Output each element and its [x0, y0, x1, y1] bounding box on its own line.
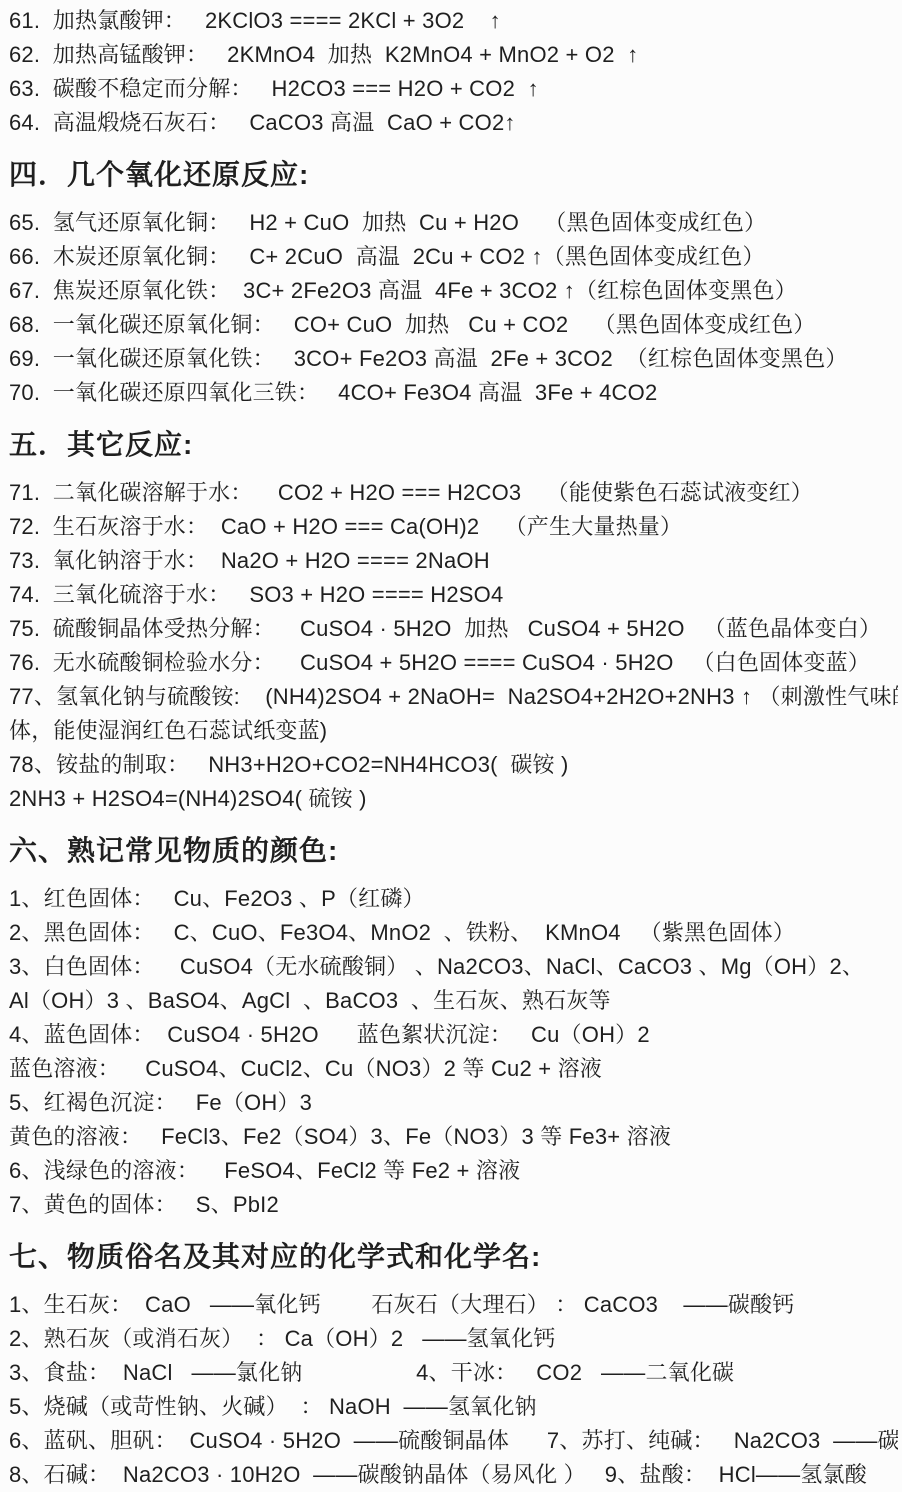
color-line-5-red-brown-precipitate: 5、红褐色沉淀： Fe（OH）3: [9, 1086, 898, 1120]
reaction-line-77: 77、氢氧化钠与硫酸铵: (NH4)2SO4 + 2NaOH= Na2SO4+2…: [9, 680, 898, 714]
reaction-line-78-continued: 2NH3 + H2SO4=(NH4)2SO4( 硫铵 ): [9, 782, 898, 816]
alias-line-6-blue-vitriol-7-soda: 6、蓝矾、胆矾： CuSO4 · 5H2O ——硫酸铜晶体 7、苏打、纯碱： N…: [9, 1424, 898, 1458]
reaction-line-65: 65. 氢气还原氧化铜： H2 + CuO 加热 Cu + H2O （黑色固体变…: [9, 206, 898, 240]
reaction-line-70: 70. 一氧化碳还原四氧化三铁： 4CO+ Fe3O4 高温 3Fe + 4CO…: [9, 376, 898, 410]
reaction-line-71: 71. 二氧化碳溶解于水： CO2 + H2O === H2CO3 （能使紫色石…: [9, 476, 898, 510]
reaction-line-66: 66. 木炭还原氧化铜： C+ 2CuO 高温 2Cu + CO2 ↑（黑色固体…: [9, 240, 898, 274]
reaction-line-76: 76. 无水硫酸铜检验水分： CuSO4 + 5H2O ==== CuSO4 ·…: [9, 646, 898, 680]
reaction-line-73: 73. 氧化钠溶于水： Na2O + H2O ==== 2NaOH: [9, 544, 898, 578]
color-line-3-white-solids-continued: Al（OH）3 、BaSO4、AgCl 、BaCO3 、生石灰、熟石灰等: [9, 984, 898, 1018]
color-line-yellow-solutions: 黄色的溶液： FeCl3、Fe2（SO4）3、Fe（NO3）3 等 Fe3+ 溶…: [9, 1120, 898, 1154]
reaction-line-69: 69. 一氧化碳还原氧化铁： 3CO+ Fe2O3 高温 2Fe + 3CO2 …: [9, 342, 898, 376]
section-heading-6-common-substance-colors: 六、熟记常见物质的颜色:: [9, 829, 898, 873]
reaction-line-68: 68. 一氧化碳还原氧化铜： CO+ CuO 加热 Cu + CO2 （黑色固体…: [9, 308, 898, 342]
reaction-line-62: 62. 加热高锰酸钾： 2KMnO4 加热 K2MnO4 + MnO2 + O2…: [9, 38, 898, 72]
reaction-line-74: 74. 三氧化硫溶于水： SO3 + H2O ==== H2SO4: [9, 578, 898, 612]
color-line-6-light-green-solutions: 6、浅绿色的溶液： FeSO4、FeCl2 等 Fe2 + 溶液: [9, 1154, 898, 1188]
reaction-line-77-continued: 体，能使湿润红色石蕊试纸变蓝): [9, 714, 898, 748]
alias-line-1-quicklime-limestone: 1、生石灰： CaO ——氧化钙 石灰石（大理石） ： CaCO3 ——碳酸钙: [9, 1288, 898, 1322]
reaction-line-63: 63. 碳酸不稳定而分解： H2CO3 === H2O + CO2 ↑: [9, 72, 898, 106]
reaction-line-78: 78、铵盐的制取： NH3+H2O+CO2=NH4HCO3( 碳铵 ): [9, 748, 898, 782]
alias-line-2-slaked-lime: 2、熟石灰（或消石灰） ： Ca（OH）2 ——氢氧化钙: [9, 1322, 898, 1356]
alias-line-8-soda-crystal-9-hydrochloric-acid: 8、石碱： Na2CO3 · 10H2O ——碳酸钠晶体（易风化 ） 9、盐酸：…: [9, 1458, 898, 1492]
document-page: 61. 加热氯酸钾： 2KClO3 ==== 2KCl + 3O2 ↑ 62. …: [0, 0, 902, 1492]
reaction-line-75: 75. 硫酸铜晶体受热分解： CuSO4 · 5H2O 加热 CuSO4 + 5…: [9, 612, 898, 646]
color-line-1-red-solids: 1、红色固体： Cu、Fe2O3 、P（红磷）: [9, 882, 898, 916]
color-line-3-white-solids: 3、白色固体： CuSO4（无水硫酸铜） 、Na2CO3、NaCl、CaCO3 …: [9, 950, 898, 984]
section-heading-7-common-names-and-formulas: 七、物质俗名及其对应的化学式和化学名:: [9, 1235, 898, 1279]
color-line-4-blue-solids: 4、蓝色固体： CuSO4 · 5H2O 蓝色絮状沉淀： Cu（OH）2: [9, 1018, 898, 1052]
color-line-7-yellow-solids: 7、黄色的固体： S、PbI2: [9, 1188, 898, 1222]
color-line-blue-solutions: 蓝色溶液： CuSO4、CuCl2、Cu（NO3）2 等 Cu2 + 溶液: [9, 1052, 898, 1086]
alias-line-3-salt-4-dry-ice: 3、食盐： NaCl ——氯化钠 4、干冰： CO2 ——二氧化碳: [9, 1356, 898, 1390]
section-heading-5-other-reactions: 五．其它反应:: [9, 423, 898, 467]
alias-line-5-caustic-soda: 5、烧碱（或苛性钠、火碱） ： NaOH ——氢氧化钠: [9, 1390, 898, 1424]
section-heading-4-redox-reactions: 四．几个氧化还原反应:: [9, 153, 898, 197]
reaction-line-61: 61. 加热氯酸钾： 2KClO3 ==== 2KCl + 3O2 ↑: [9, 4, 898, 38]
color-line-2-black-solids: 2、黑色固体： C、CuO、Fe3O4、MnO2 、铁粉、 KMnO4 （紫黑色…: [9, 916, 898, 950]
reaction-line-67: 67. 焦炭还原氧化铁： 3C+ 2Fe2O3 高温 4Fe + 3CO2 ↑（…: [9, 274, 898, 308]
reaction-line-64: 64. 高温煅烧石灰石： CaCO3 高温 CaO + CO2↑: [9, 106, 898, 140]
reaction-line-72: 72. 生石灰溶于水： CaO + H2O === Ca(OH)2 （产生大量热…: [9, 510, 898, 544]
